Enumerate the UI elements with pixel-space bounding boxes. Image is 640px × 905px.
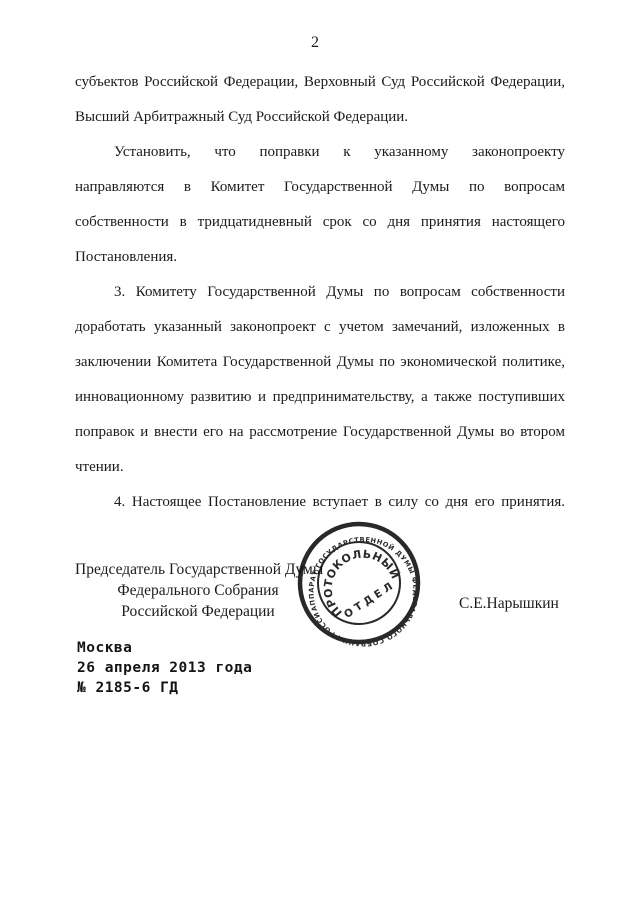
signature-position-line: Российской Федерации — [75, 601, 321, 622]
document-line: собственности в тридцатидневный срок со … — [75, 205, 565, 240]
document-line: Высший Арбитражный Суд Российской Федера… — [75, 100, 565, 135]
document-line: 3. Комитету Государственной Думы по вопр… — [75, 275, 565, 310]
document-line: Установить, что поправки к указанному за… — [75, 135, 565, 170]
document-line: субъектов Российской Федерации, Верховны… — [75, 65, 565, 100]
document-line: поправок и внести его на рассмотрение Го… — [75, 415, 565, 450]
protocol-department-stamp-icon: АППАРАТ ГОСУДАРСТВЕННОЙ ДУМЫ ФЕДЕРАЛЬНОГ… — [288, 512, 430, 654]
signature-position-line: Председатель Государственной Думы — [75, 559, 321, 580]
footer-number: № 2185-6 ГД — [77, 678, 252, 698]
document-line: доработать указанный законопроект с учет… — [75, 310, 565, 345]
footer-city: Москва — [77, 638, 252, 658]
document-line: чтении. — [75, 450, 565, 485]
signer-name: С.Е.Нарышкин — [459, 595, 559, 613]
signature-position-line: Федерального Собрания — [75, 580, 321, 601]
page-number: 2 — [75, 34, 555, 52]
stamp-center-line2: ОТДЕЛ — [342, 579, 398, 621]
footer-date: 26 апреля 2013 года — [77, 658, 252, 678]
stamp-ring-text: АППАРАТ ГОСУДАРСТВЕННОЙ ДУМЫ ФЕДЕРАЛЬНОГ… — [288, 512, 430, 654]
document-line: инновационному развитию и предпринимател… — [75, 380, 565, 415]
document-line: направляются в Комитет Государственной Д… — [75, 170, 565, 205]
signature-position-block: Председатель Государственной Думы Федера… — [75, 559, 321, 622]
svg-text:АППАРАТ ГОСУДАРСТВЕННОЙ ДУМЫ: АППАРАТ ГОСУДАРСТВЕННОЙ ДУМЫ ФЕДЕРАЛЬНОГ… — [288, 512, 430, 654]
footer-block: Москва 26 апреля 2013 года № 2185-6 ГД — [77, 638, 252, 698]
document-body: субъектов Российской Федерации, Верховны… — [75, 65, 565, 520]
document-line: заключении Комитета Государственной Думы… — [75, 345, 565, 380]
document-line: Постановления. — [75, 240, 565, 275]
document-page: 2 субъектов Российской Федерации, Верхов… — [0, 0, 640, 905]
